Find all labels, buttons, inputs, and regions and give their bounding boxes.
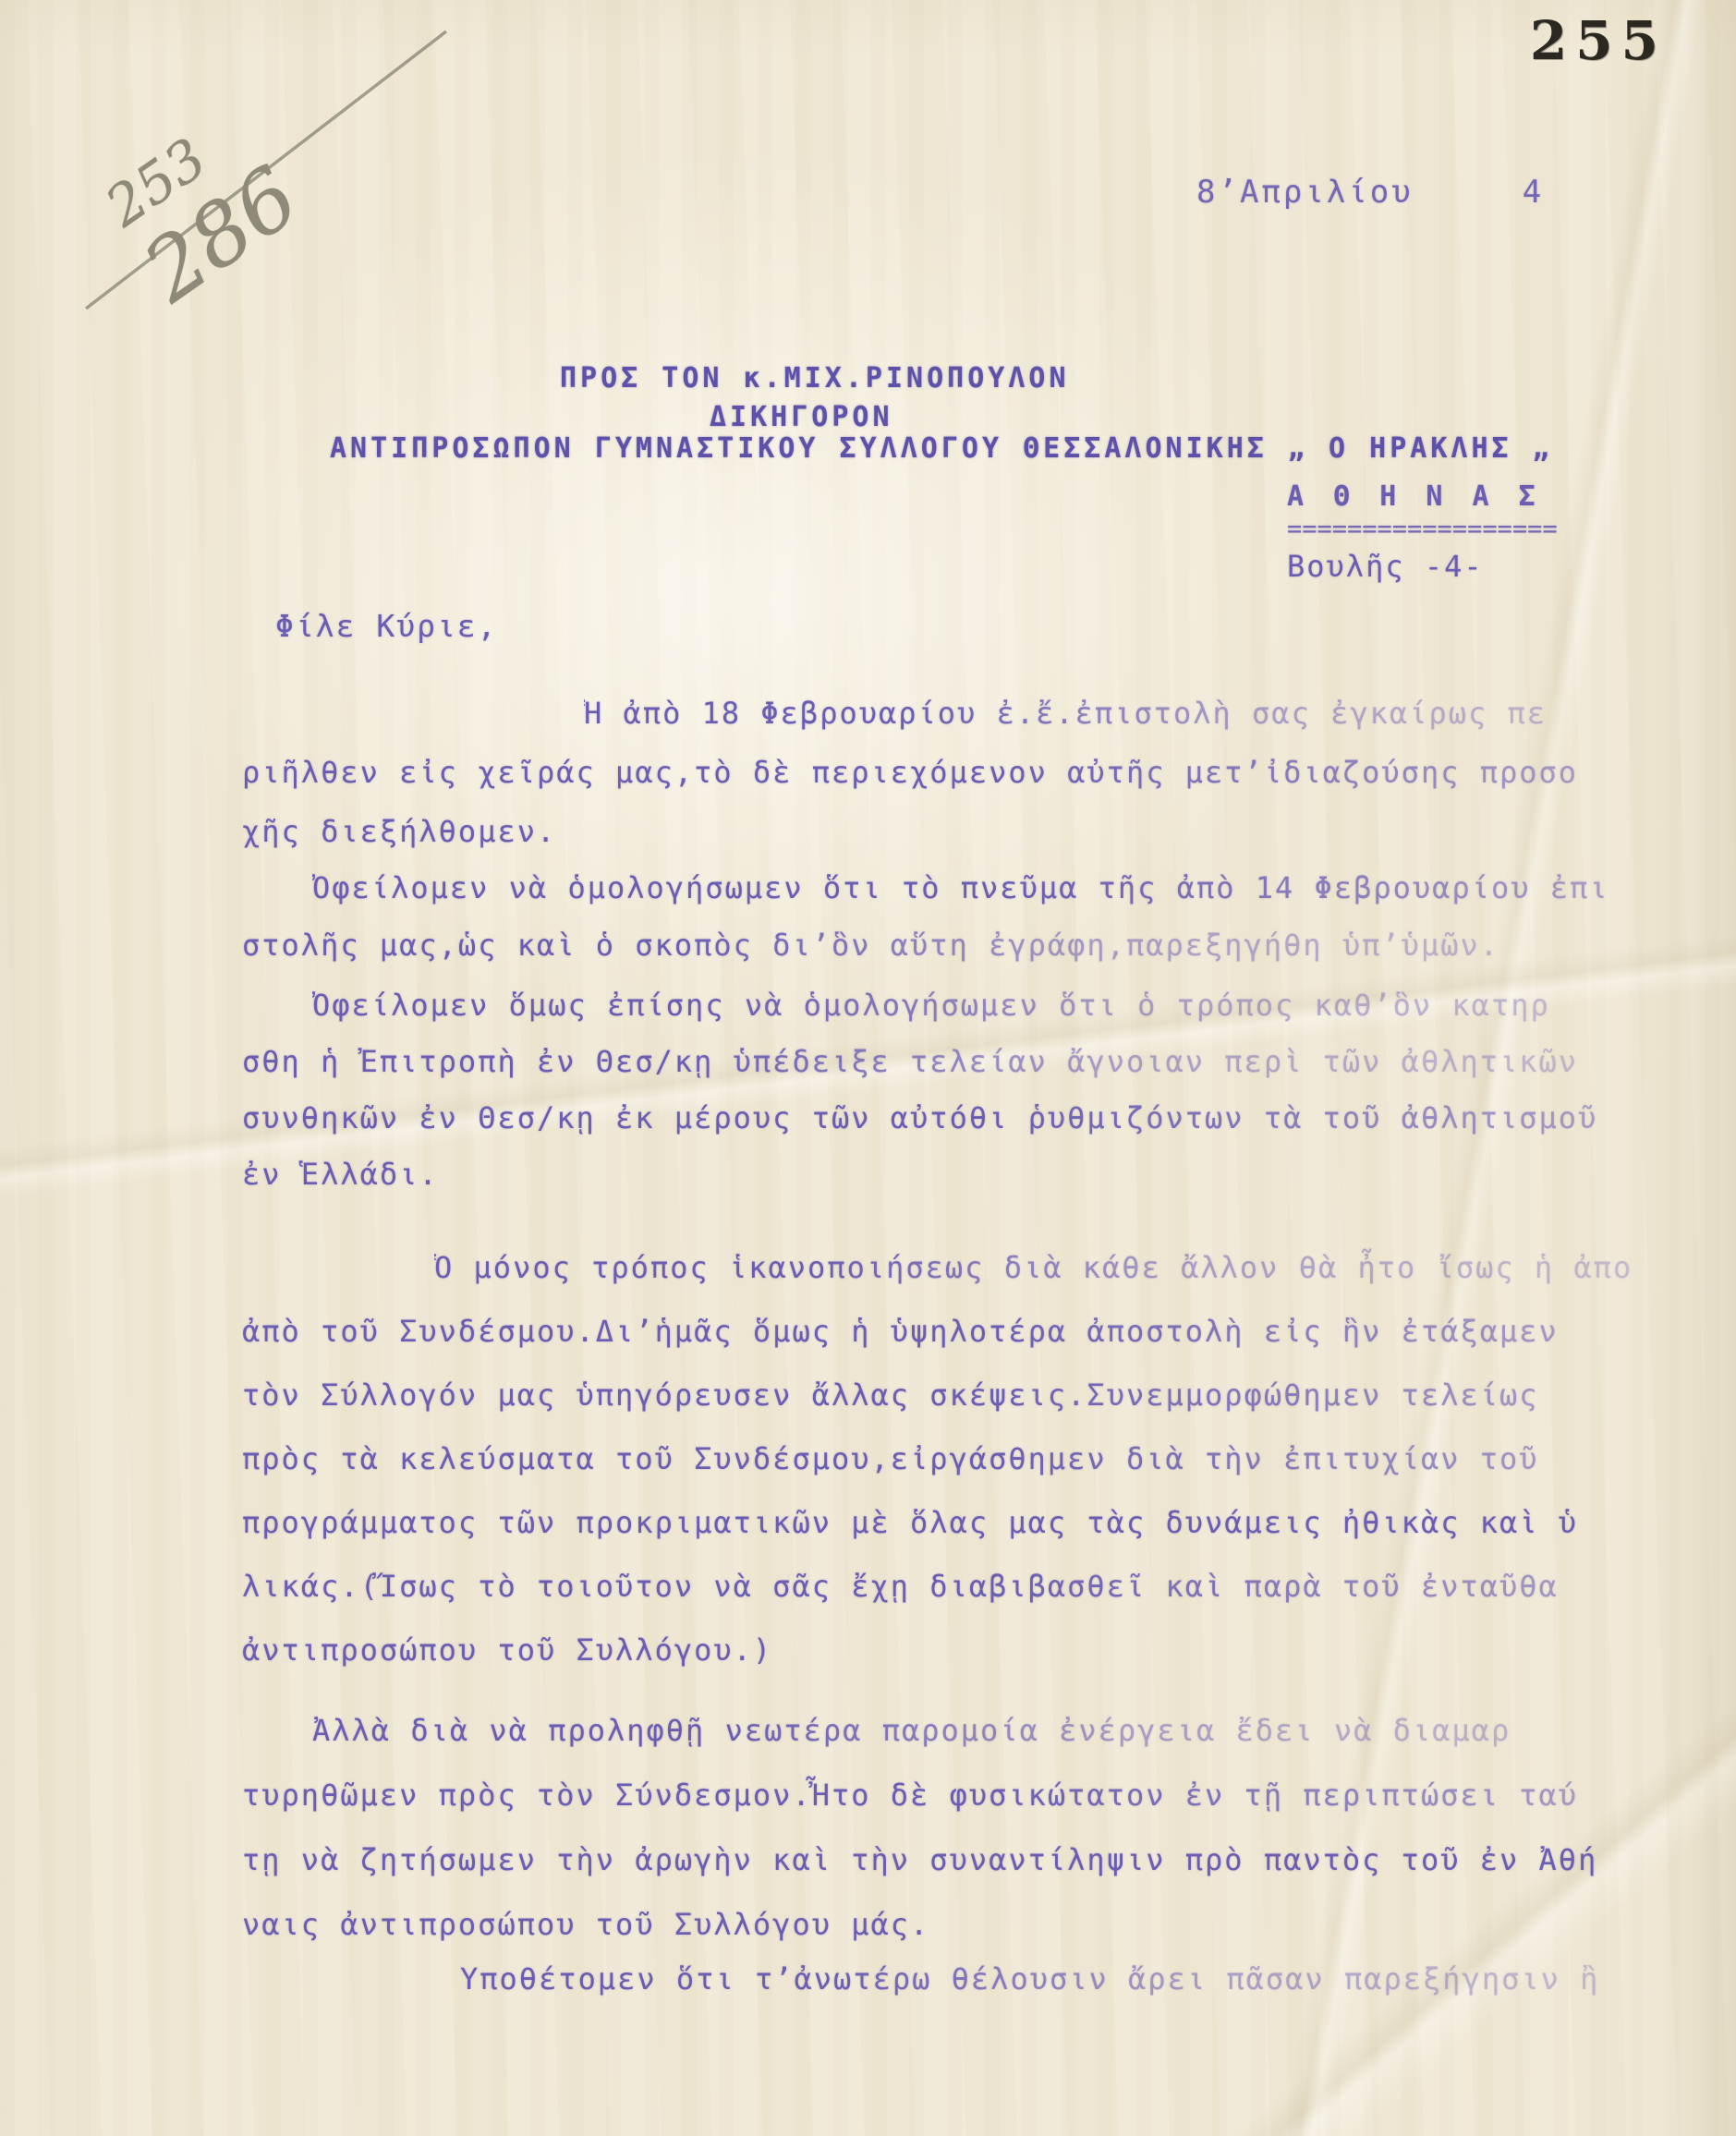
letter-line: προγράμματος τῶν προκριματικῶν μὲ ὅλας μ… — [242, 1491, 1683, 1555]
recipient-line-2: ΔΙΚΗΓΟΡΟΝ — [710, 401, 893, 433]
letter-line: τυρηθῶμεν πρὸς τὸν Σύνδεσμον.Ἦτο δὲ φυσι… — [242, 1763, 1683, 1827]
date-text: 8’Απριλίου — [1196, 174, 1414, 211]
letter-line: σθη ἡ Ἐπιτροπὴ ἐν Θεσ/κῃ ὑπέδειξε τελεία… — [242, 1034, 1683, 1090]
letter-line: Ὑποθέτομεν ὅτι τ’ἀνωτέρω θέλουσιν ἄρει π… — [460, 1951, 1683, 2007]
letter-line: λικάς.(Ἴσως τὸ τοιοῦτον νὰ σᾶς ἔχῃ διαβι… — [242, 1555, 1683, 1619]
letter-line: τὸν Σύλλογόν μας ὑπηγόρευσεν ἄλλας σκέψε… — [242, 1364, 1683, 1427]
paragraph-6: Ὑποθέτομεν ὅτι τ’ἀνωτέρω θέλουσιν ἄρει π… — [242, 1951, 1683, 2007]
letter-line: Ἀλλὰ διὰ νὰ προληφθῇ νεωτέρα παρομοία ἐν… — [312, 1698, 1683, 1763]
paragraph-4: Ὁ μόνος τρόπος ἱκανοποιήσεως διὰ κάθε ἄλ… — [242, 1236, 1683, 1682]
recipient-line-3: ΑΝΤΙΠΡΟΣΩΠΟΝ ΓΥΜΝΑΣΤΙΚΟΥ ΣΥΛΛΟΓΟΥ ΘΕΣΣΑΛ… — [330, 432, 1553, 465]
salutation: Φίλε Κύριε, — [275, 608, 498, 644]
letter-line: ἀπὸ τοῦ Συνδέσμου.Δι’ἡμᾶς ὅμως ἡ ὑψηλοτέ… — [242, 1300, 1683, 1364]
letter-line: συνθηκῶν ἐν Θεσ/κῃ ἐκ μέρους τῶν αὐτόθι … — [242, 1090, 1683, 1147]
recipient-line-1: ΠΡΟΣ ΤΟΝ κ.ΜΙΧ.ΡΙΝΟΠΟΥΛΟΝ — [560, 362, 1070, 394]
sender-address-block: Α Θ Η Ν Α Σ ================== Βουλῆς -4… — [1287, 480, 1558, 584]
letter-line: στολῆς μας,ὡς καὶ ὁ σκοπὸς δι’ὃν αὕτη ἐγ… — [242, 916, 1683, 974]
letter-sheet: 255 253 286 8’Απριλίου 4 ΠΡΟΣ ΤΟΝ κ.ΜΙΧ.… — [0, 0, 1736, 2136]
date-line: 8’Απριλίου 4 — [1196, 174, 1544, 211]
letter-line: Ἡ ἀπὸ 18 Φεβρουαρίου ἐ.ἔ.ἐπιστολὴ σας ἐγ… — [584, 684, 1683, 743]
paragraph-1: Ἡ ἀπὸ 18 Φεβρουαρίου ἐ.ἔ.ἐπιστολὴ σας ἐγ… — [242, 684, 1683, 861]
letter-line: ἐν Ἑλλάδι. — [242, 1147, 1683, 1203]
letter-line: Ὀφείλομεν νὰ ὁμολογήσωμεν ὅτι τὸ πνεῦμα … — [312, 859, 1683, 916]
letter-line: ἀντιπροσώπου τοῦ Συλλόγου.) — [242, 1619, 1683, 1682]
letter-line: πρὸς τὰ κελεύσματα τοῦ Συνδέσμου,εἰργάσθ… — [242, 1427, 1683, 1491]
letter-line: χῆς διεξήλθομεν. — [242, 802, 1683, 861]
letter-line: ριῆλθεν εἰς χεῖράς μας,τὸ δὲ περιεχόμενο… — [242, 743, 1683, 802]
letter-line: ναις ἀντιπροσώπου τοῦ Συλλόγου μάς. — [242, 1892, 1683, 1957]
letter-line: τῃ νὰ ζητήσωμεν τὴν ἀρωγὴν καὶ τὴν συναν… — [242, 1827, 1683, 1892]
address-street: Βουλῆς -4- — [1287, 549, 1558, 584]
paragraph-5: Ἀλλὰ διὰ νὰ προληφθῇ νεωτέρα παρομοία ἐν… — [242, 1698, 1683, 1957]
paragraph-3: Ὀφείλομεν ὅμως ἐπίσης νὰ ὁμολογήσωμεν ὅτ… — [242, 977, 1683, 1203]
letter-line: Ὀφείλομεν ὅμως ἐπίσης νὰ ὁμολογήσωμεν ὅτ… — [312, 977, 1683, 1034]
page-number-stamp: 255 — [1530, 9, 1667, 72]
date-number: 4 — [1523, 174, 1544, 211]
paragraph-2: Ὀφείλομεν νὰ ὁμολογήσωμεν ὅτι τὸ πνεῦμα … — [242, 859, 1683, 974]
address-divider: ================== — [1287, 515, 1558, 543]
address-city: Α Θ Η Ν Α Σ — [1287, 480, 1558, 513]
letter-line: Ὁ μόνος τρόπος ἱκανοποιήσεως διὰ κάθε ἄλ… — [434, 1236, 1683, 1300]
